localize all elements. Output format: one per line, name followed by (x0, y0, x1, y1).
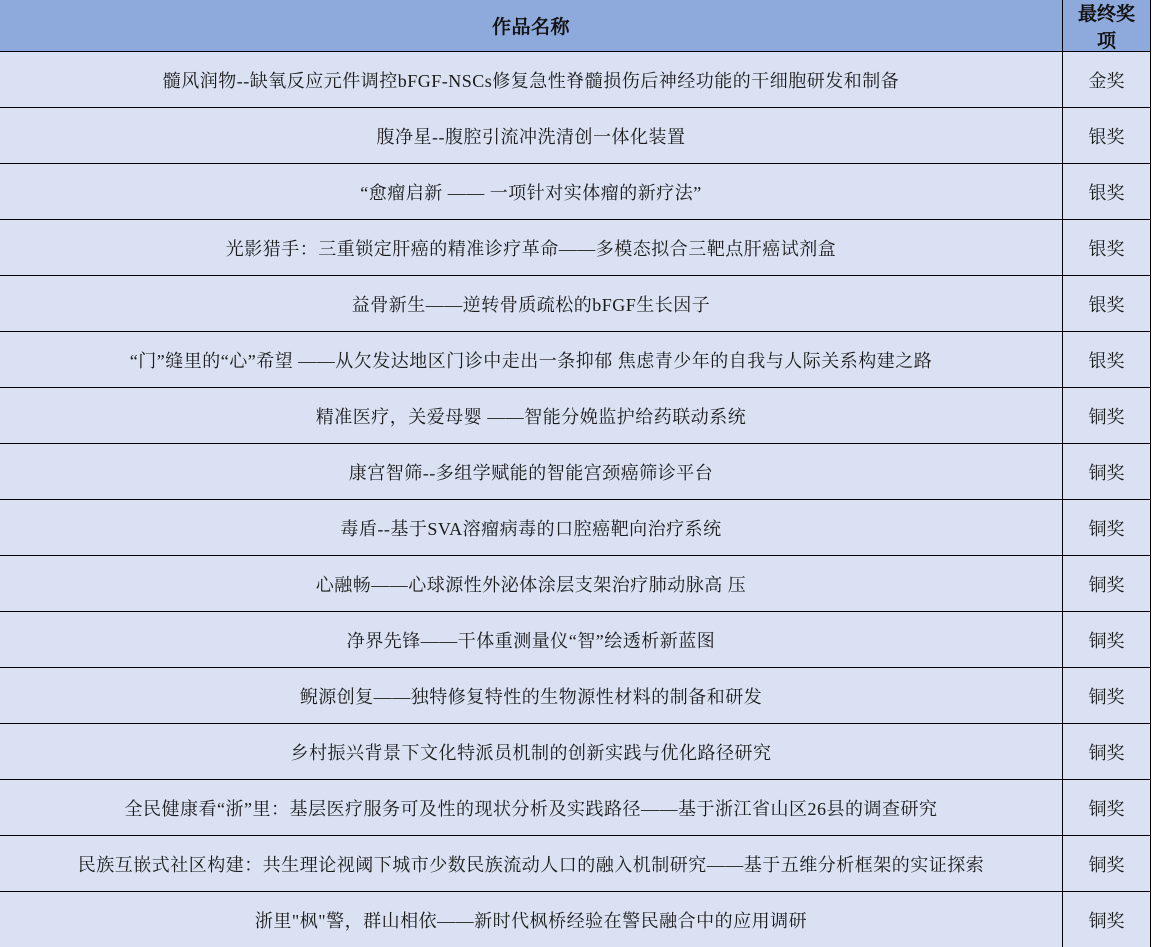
award-cell: 银奖 (1063, 164, 1150, 219)
table-row: 光影猎手：三重锁定肝癌的精准诊疗革命——多模态拟合三靶点肝癌试剂盒 银奖 (0, 220, 1150, 276)
table-row: “愈瘤启新 —— 一项针对实体瘤的新疗法” 银奖 (0, 164, 1150, 220)
table-row: 益骨新生——逆转骨质疏松的bFGF生长因子 银奖 (0, 276, 1150, 332)
work-name-cell: 腹净星--腹腔引流冲洗清创一体化装置 (0, 108, 1063, 163)
award-cell: 银奖 (1063, 220, 1150, 275)
table-row: 腹净星--腹腔引流冲洗清创一体化装置 银奖 (0, 108, 1150, 164)
awards-table: 作品名称 最终奖项 髓风润物--缺氧反应元件调控bFGF-NSCs修复急性脊髓损… (0, 0, 1151, 947)
work-name-cell: “愈瘤启新 —— 一项针对实体瘤的新疗法” (0, 164, 1063, 219)
awards-table-screenshot: 作品名称 最终奖项 髓风润物--缺氧反应元件调控bFGF-NSCs修复急性脊髓损… (0, 0, 1156, 947)
award-cell: 银奖 (1063, 108, 1150, 163)
award-cell: 铜奖 (1063, 500, 1150, 555)
award-cell: 银奖 (1063, 276, 1150, 331)
table-row: 精准医疗，关爱母婴 ——智能分娩监护给药联动系统 铜奖 (0, 388, 1150, 444)
table-row: 髓风润物--缺氧反应元件调控bFGF-NSCs修复急性脊髓损伤后神经功能的干细胞… (0, 52, 1150, 108)
work-name-cell: 康宫智筛--多组学赋能的智能宫颈癌筛诊平台 (0, 444, 1063, 499)
table-row: 净界先锋——干体重测量仪“智”绘透析新蓝图 铜奖 (0, 612, 1150, 668)
table-row: 全民健康看“浙”里：基层医疗服务可及性的现状分析及实践路径——基于浙江省山区26… (0, 780, 1150, 836)
work-name-cell: 毒盾--基于SVA溶瘤病毒的口腔癌靶向治疗系统 (0, 500, 1063, 555)
work-name-cell: 民族互嵌式社区构建：共生理论视阈下城市少数民族流动人口的融入机制研究——基于五维… (0, 836, 1063, 891)
work-name-cell: 心融畅——心球源性外泌体涂层支架治疗肺动脉高 压 (0, 556, 1063, 611)
column-header-final-award: 最终奖项 (1063, 0, 1150, 51)
table-header-row: 作品名称 最终奖项 (0, 0, 1150, 52)
table-row: 毒盾--基于SVA溶瘤病毒的口腔癌靶向治疗系统 铜奖 (0, 500, 1150, 556)
award-cell: 铜奖 (1063, 388, 1150, 443)
table-row: 心融畅——心球源性外泌体涂层支架治疗肺动脉高 压 铜奖 (0, 556, 1150, 612)
award-cell: 银奖 (1063, 332, 1150, 387)
table-row: 乡村振兴背景下文化特派员机制的创新实践与优化路径研究 铜奖 (0, 724, 1150, 780)
award-cell: 金奖 (1063, 52, 1150, 107)
table-row: 民族互嵌式社区构建：共生理论视阈下城市少数民族流动人口的融入机制研究——基于五维… (0, 836, 1150, 892)
award-cell: 铜奖 (1063, 444, 1150, 499)
work-name-cell: 髓风润物--缺氧反应元件调控bFGF-NSCs修复急性脊髓损伤后神经功能的干细胞… (0, 52, 1063, 107)
work-name-cell: 净界先锋——干体重测量仪“智”绘透析新蓝图 (0, 612, 1063, 667)
table-row: “门”缝里的“心”希望 ——从欠发达地区门诊中走出一条抑郁 焦虑青少年的自我与人… (0, 332, 1150, 388)
work-name-cell: 精准医疗，关爱母婴 ——智能分娩监护给药联动系统 (0, 388, 1063, 443)
award-cell: 铜奖 (1063, 780, 1150, 835)
award-cell: 铜奖 (1063, 556, 1150, 611)
table-row: 康宫智筛--多组学赋能的智能宫颈癌筛诊平台 铜奖 (0, 444, 1150, 500)
work-name-cell: 浙里"枫"警，群山相依——新时代枫桥经验在警民融合中的应用调研 (0, 892, 1063, 947)
column-header-work-name: 作品名称 (0, 0, 1063, 51)
table-row: 鲵源创复——独特修复特性的生物源性材料的制备和研发 铜奖 (0, 668, 1150, 724)
award-cell: 铜奖 (1063, 724, 1150, 779)
table-row: 浙里"枫"警，群山相依——新时代枫桥经验在警民融合中的应用调研 铜奖 (0, 892, 1150, 947)
work-name-cell: 光影猎手：三重锁定肝癌的精准诊疗革命——多模态拟合三靶点肝癌试剂盒 (0, 220, 1063, 275)
award-cell: 铜奖 (1063, 668, 1150, 723)
work-name-cell: 全民健康看“浙”里：基层医疗服务可及性的现状分析及实践路径——基于浙江省山区26… (0, 780, 1063, 835)
award-cell: 铜奖 (1063, 892, 1150, 947)
award-cell: 铜奖 (1063, 836, 1150, 891)
work-name-cell: 乡村振兴背景下文化特派员机制的创新实践与优化路径研究 (0, 724, 1063, 779)
award-cell: 铜奖 (1063, 612, 1150, 667)
work-name-cell: 益骨新生——逆转骨质疏松的bFGF生长因子 (0, 276, 1063, 331)
work-name-cell: 鲵源创复——独特修复特性的生物源性材料的制备和研发 (0, 668, 1063, 723)
work-name-cell: “门”缝里的“心”希望 ——从欠发达地区门诊中走出一条抑郁 焦虑青少年的自我与人… (0, 332, 1063, 387)
